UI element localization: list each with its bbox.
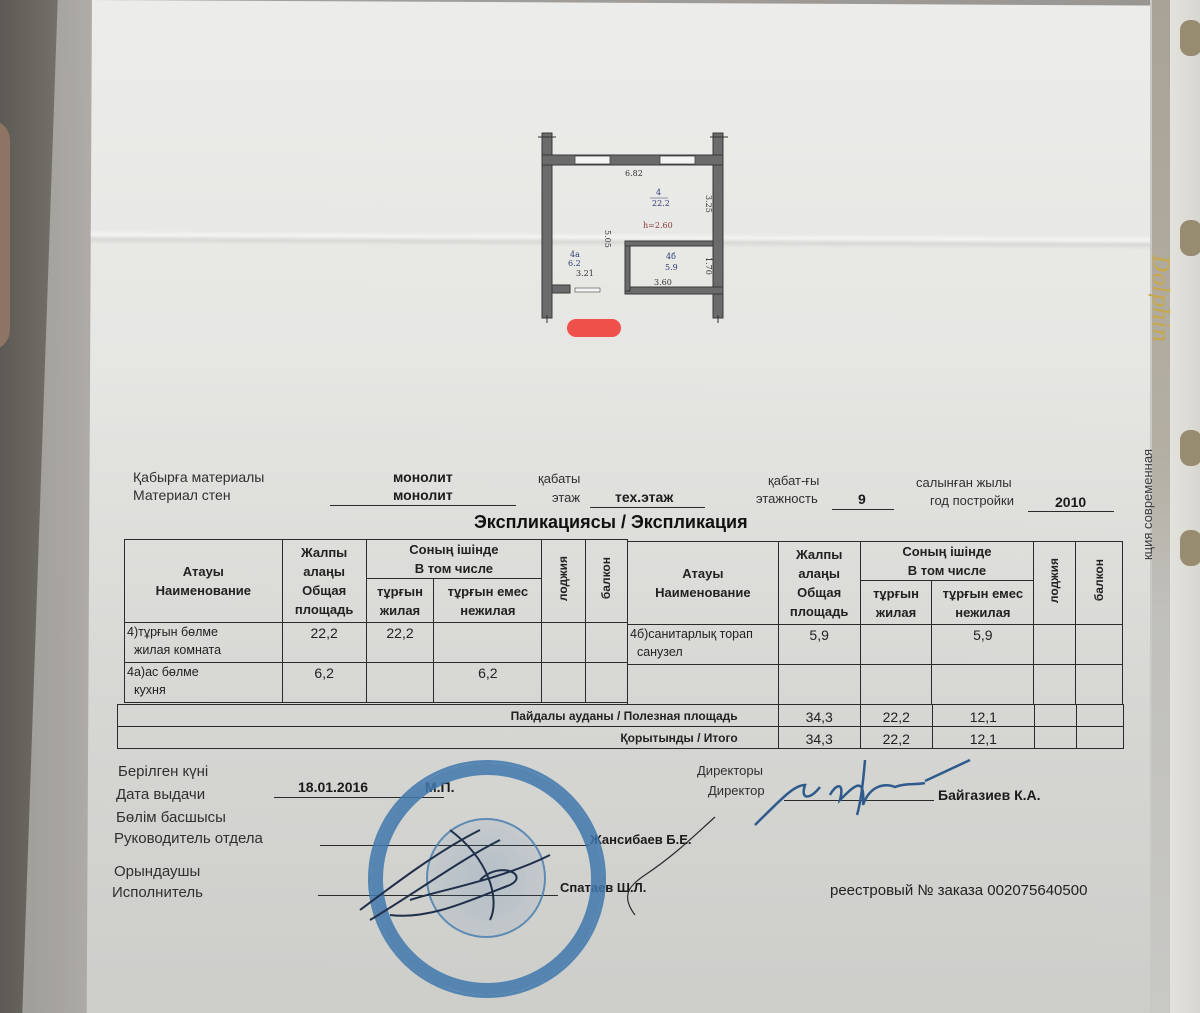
summary-table: Пайдалы ауданы / Полезная площадь 34,3 2… xyxy=(117,704,1124,749)
head-label-ru: Руководитель отдела xyxy=(114,830,263,847)
table-row: 4)тұрғын бөлме жилая комната 22,2 22,2 xyxy=(125,623,628,663)
executor-label-kz: Орындаушы xyxy=(114,863,200,880)
head-label-kz: Бөлім басшысы xyxy=(116,809,226,826)
table-row: 4а)ас бөлме кухня 6,2 6,2 xyxy=(125,663,628,703)
binder-edge xyxy=(1150,0,1200,1013)
year-value: 2010 xyxy=(1055,494,1086,510)
explication-table-left: АтауыНаименование ЖалпыалаңыОбщаяплощадь… xyxy=(124,539,628,703)
floors-value: 9 xyxy=(858,491,866,507)
punch-hole xyxy=(1180,20,1200,56)
table-row xyxy=(628,665,1123,705)
ceiling-height: h=2.60 xyxy=(643,221,673,230)
header-loggia: лоджия xyxy=(542,540,586,623)
binder-spine-text: кция современная xyxy=(1140,449,1155,560)
header-living: тұрғынжилая xyxy=(366,579,434,623)
punch-hole xyxy=(1180,220,1200,256)
floor-value: тех.этаж xyxy=(615,489,673,505)
floor-label-kz: қабаты xyxy=(538,471,580,486)
finger xyxy=(0,120,10,350)
svg-text:6.2: 6.2 xyxy=(568,259,581,268)
document-title: Экспликациясы / Экспликация xyxy=(474,512,748,533)
svg-text:3.60: 3.60 xyxy=(654,278,672,287)
header-nonliving: тұрғын емеснежилая xyxy=(434,579,542,623)
header-name: АтауыНаименование xyxy=(125,540,283,623)
svg-text:5.05: 5.05 xyxy=(603,230,612,248)
binder-brand: Dolphin xyxy=(1147,255,1172,342)
dim-width: 6.82 xyxy=(625,169,643,178)
underline xyxy=(330,505,516,506)
redaction-mark xyxy=(567,319,621,337)
floor-plan: 6.82 4 22.2 5.05 3.25 h=2.60 4а 6.2 3.21… xyxy=(530,125,750,335)
year-label-kz: салынған жылы xyxy=(916,475,1012,490)
svg-text:22.2: 22.2 xyxy=(652,199,670,208)
executor-label-ru: Исполнитель xyxy=(112,884,203,901)
header-including: Соның ішіндеВ том числе xyxy=(366,540,542,579)
svg-text:4б: 4б xyxy=(666,252,676,261)
year-label-ru: год постройки xyxy=(930,493,1014,508)
punch-hole xyxy=(1180,530,1200,566)
svg-text:3.25: 3.25 xyxy=(704,195,713,213)
useful-area-row: Пайдалы ауданы / Полезная площадь 34,3 2… xyxy=(118,705,1124,727)
punch-hole xyxy=(1180,430,1200,466)
svg-text:3.21: 3.21 xyxy=(576,269,594,278)
grand-total-row: Қорытынды / Итого 34,3 22,2 12,1 xyxy=(118,727,1124,749)
svg-text:1.70: 1.70 xyxy=(704,257,713,275)
underline xyxy=(832,509,894,510)
wall-material-value-kz: монолит xyxy=(393,469,453,485)
issue-date: 18.01.2016 xyxy=(298,779,368,795)
svg-text:4: 4 xyxy=(656,188,661,197)
wall-material-label-kz: Қабырға материалы xyxy=(133,469,264,485)
issue-date-label-kz: Берілген күні xyxy=(118,763,208,780)
header-total: ЖалпыалаңыОбщаяплощадь xyxy=(282,540,366,623)
explication-table-right: АтауыНаименование ЖалпыалаңыОбщаяплощадь… xyxy=(627,541,1123,705)
table-row: 4б)санитарлық торап санузел 5,9 5,9 xyxy=(628,625,1123,665)
floors-label-kz: қабат-ғы xyxy=(768,473,819,488)
svg-text:4а: 4а xyxy=(570,250,580,259)
executor-signature xyxy=(350,800,570,930)
header-balcony: балкон xyxy=(586,540,628,623)
svg-text:5.9: 5.9 xyxy=(665,263,678,272)
underline xyxy=(1028,511,1114,512)
pen-line xyxy=(615,815,725,925)
issue-date-label-ru: Дата выдачи xyxy=(116,786,205,803)
floor-label-ru: этаж xyxy=(552,490,580,505)
underline xyxy=(590,507,705,508)
wall-material-label-ru: Материал стен xyxy=(133,487,231,503)
registry-number: реестровый № заказа 002075640500 xyxy=(830,882,1087,899)
floors-label-ru: этажность xyxy=(756,491,818,506)
wall-material-value-ru: монолит xyxy=(393,487,453,503)
director-signature xyxy=(745,755,975,835)
